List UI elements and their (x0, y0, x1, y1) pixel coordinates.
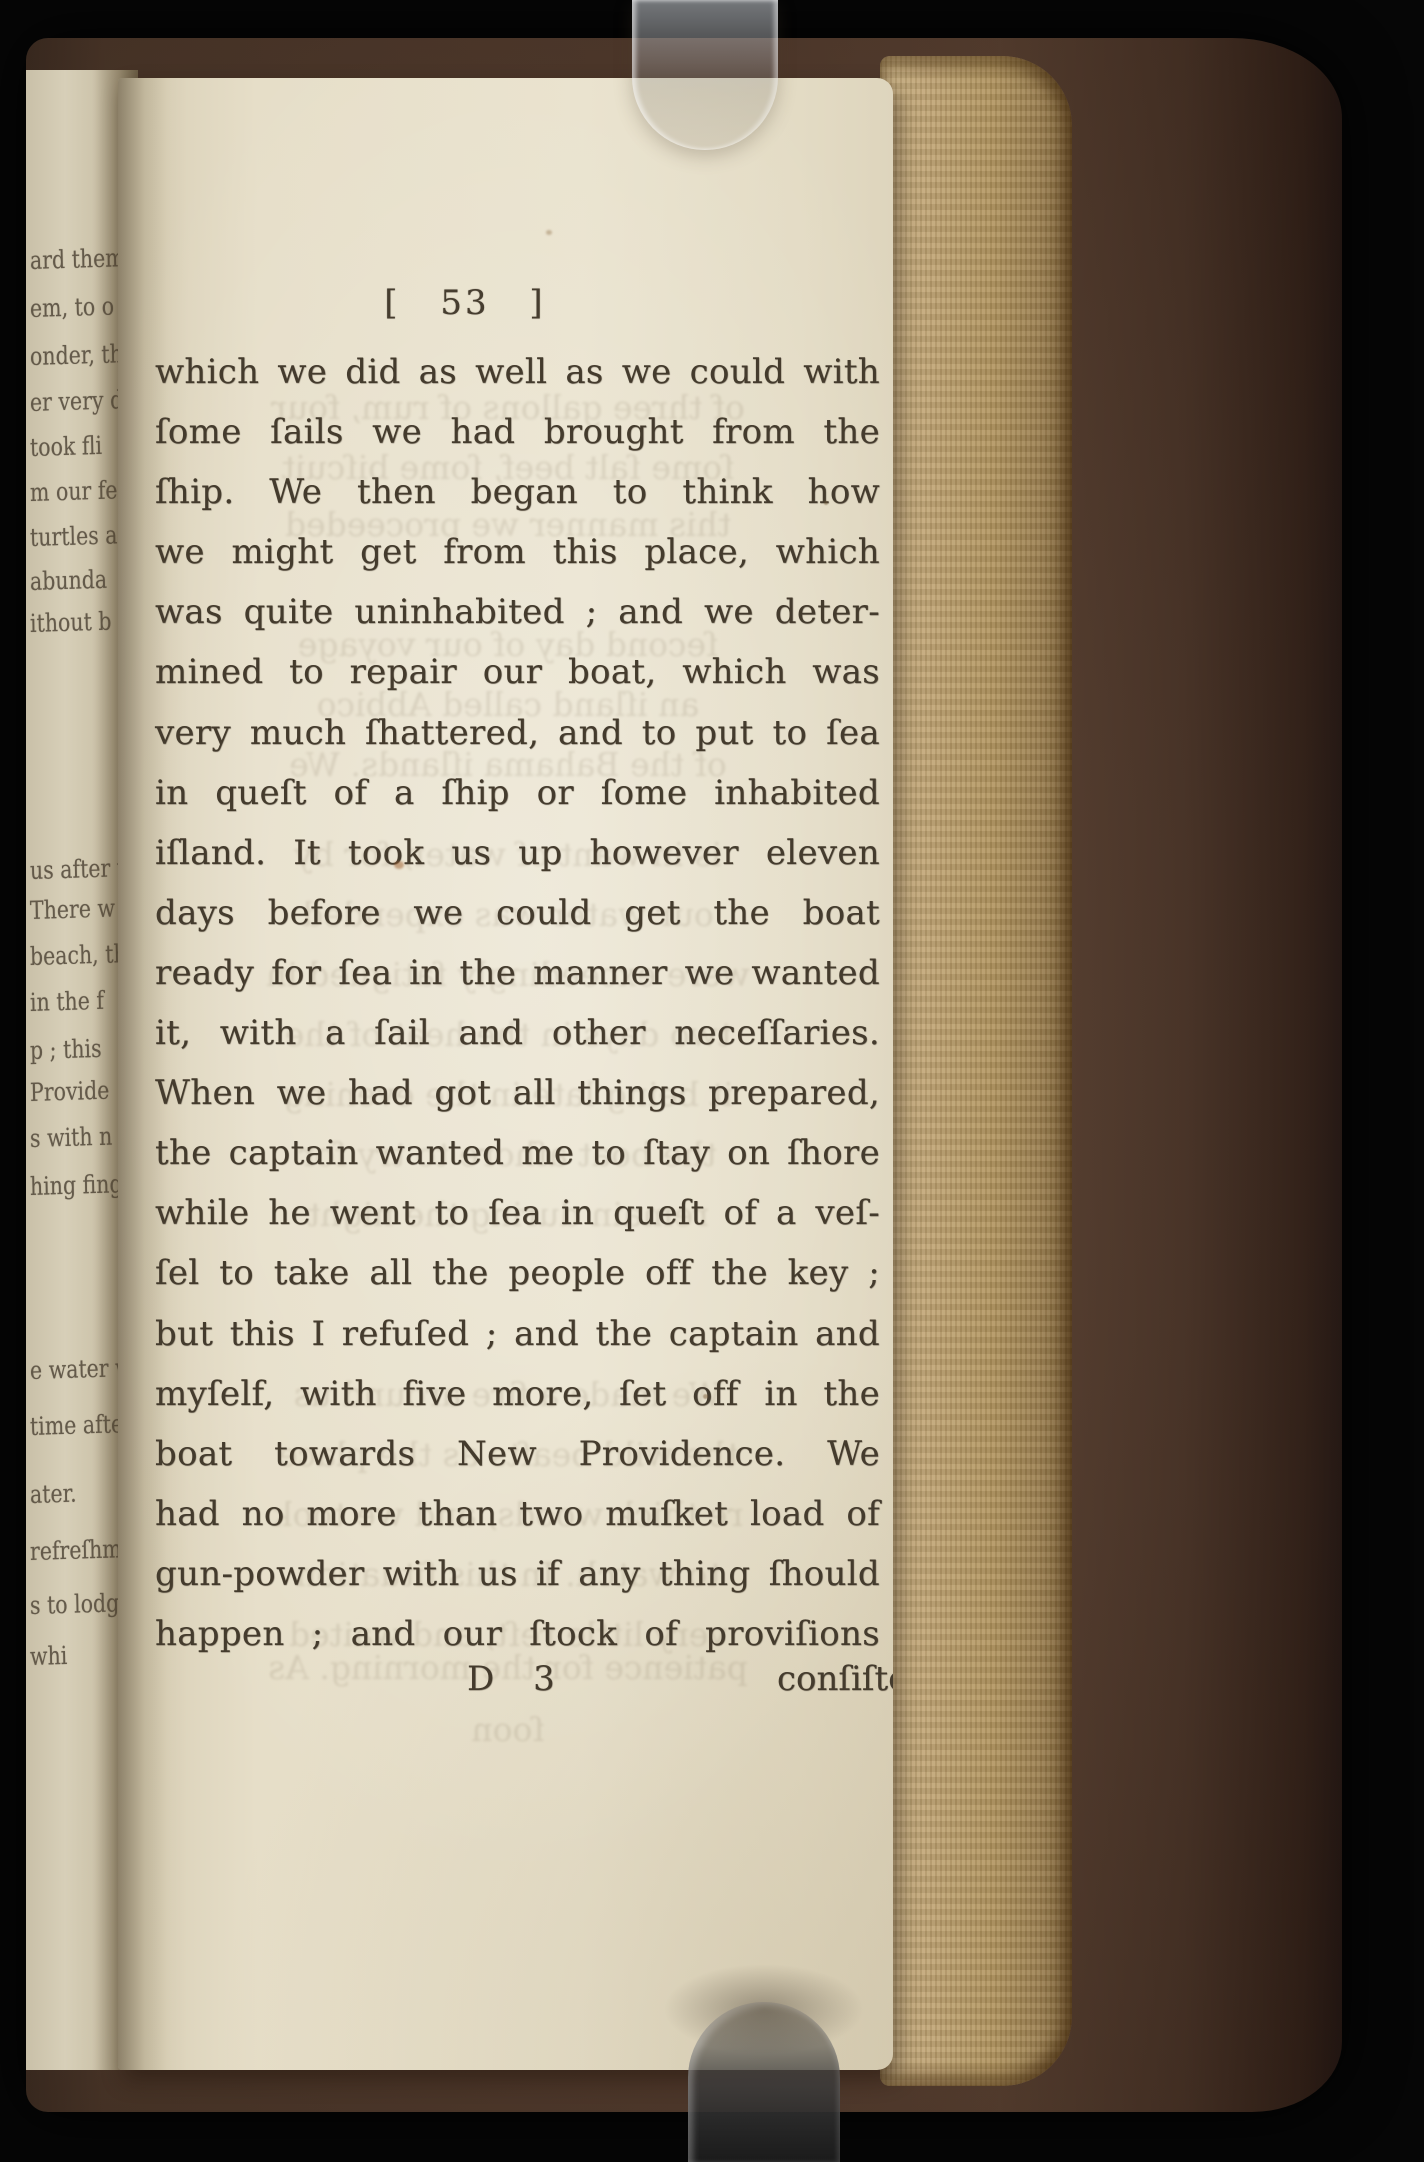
page-number: [ 53 ] (315, 283, 615, 343)
text-line: we might get from this place, which (155, 522, 880, 582)
text-line: happen ; and our ſtock of proviſions (155, 1604, 880, 1664)
text-line: ſome ſails we had brought from the (155, 402, 880, 462)
stain-speck (546, 230, 552, 235)
page-fore-edge (880, 56, 1072, 2086)
text-line: myſelf, with five more, ſet off in the (155, 1364, 880, 1424)
catchword: conſiſted (777, 1659, 893, 1699)
signature-row: D 3 conſiſted (155, 1659, 880, 1719)
text-line: in queſt of a ſhip or ſome inhabited (155, 763, 880, 823)
book-cradle-strap-bottom (688, 2002, 840, 2162)
text-line: was quite uninhabited ; and we deter- (155, 582, 880, 642)
text-line: had no more than two muſket load of (155, 1484, 880, 1544)
text-line: ſhip. We then began to think how (155, 462, 880, 522)
book-cradle-strap-top (632, 0, 778, 150)
body-text: which we did as well as we could withſom… (155, 342, 880, 1664)
text-line: When we had got all things prepared, (155, 1063, 880, 1123)
text-line: the captain wanted me to ſtay on ſhore (155, 1123, 880, 1183)
text-line: ready for ſea in the manner we wanted (155, 943, 880, 1003)
text-line: iſland. It took us up however eleven (155, 823, 880, 883)
text-line: gun-powder with us if any thing ſhould (155, 1544, 880, 1604)
text-line: boat towards New Providence. We (155, 1424, 880, 1484)
stain-speck (824, 501, 828, 505)
stain-speck (703, 1394, 708, 1399)
text-line: ſel to take all the people off the key ; (155, 1243, 880, 1303)
facing-page-fragment: whi (30, 1641, 68, 1671)
text-line: but this I refuſed ; and the captain and (155, 1304, 880, 1364)
text-line: days before we could get the boat (155, 883, 880, 943)
text-line: while he went to ſea in queſt of a veſ- (155, 1183, 880, 1243)
text-line: very much ſhattered, and to put to ſea (155, 703, 880, 763)
text-line: which we did as well as we could with (155, 342, 880, 402)
book-page: of three gallons of rum, fourſome ſalt b… (118, 78, 893, 2070)
text-line: mined to repair our boat, which was (155, 642, 880, 702)
facing-page-fragment: ater. (30, 1479, 77, 1509)
signature-mark: D 3 (467, 1659, 569, 1699)
stain-speck (394, 861, 404, 869)
text-line: it, with a ſail and other neceſſaries. (155, 1003, 880, 1063)
